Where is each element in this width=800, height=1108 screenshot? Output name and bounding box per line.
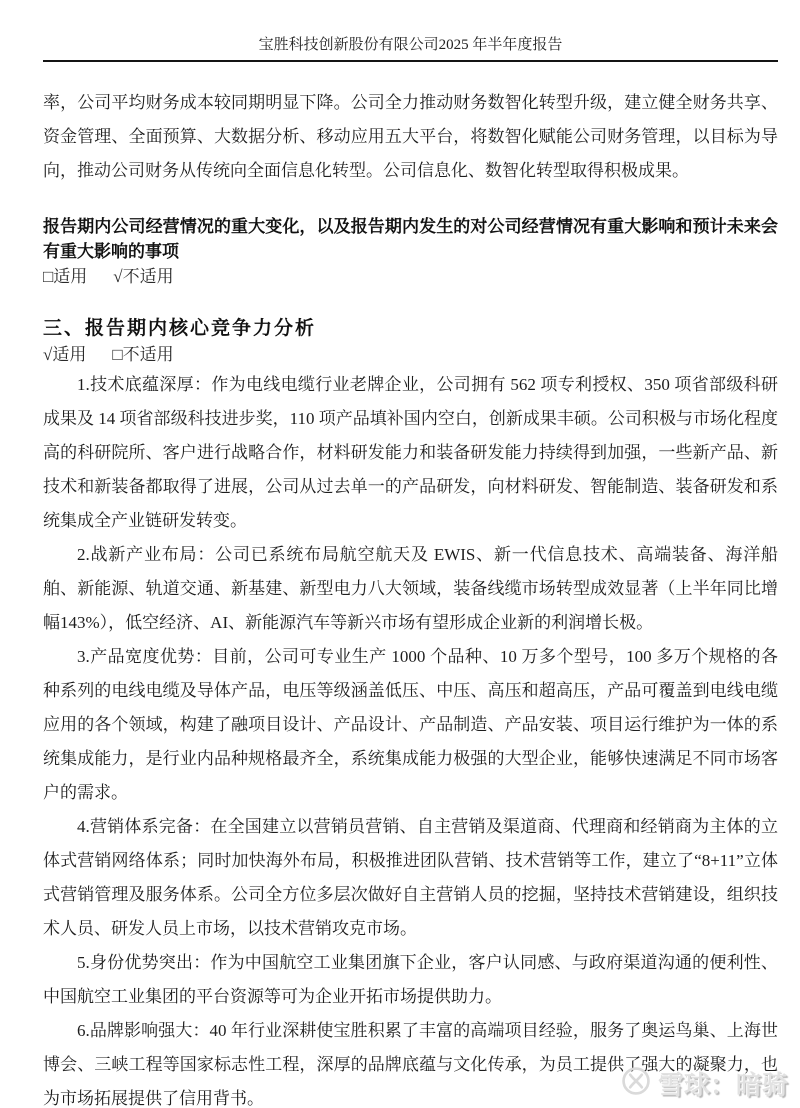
not-applicable-option: □不适用 [112,345,173,364]
competitiveness-item-5: 5.身份优势突出：作为中国航空工业集团旗下企业，客户认同感、与政府渠道沟通的便利… [43,946,778,1014]
applicable-option: √适用 [43,345,86,364]
major-changes-heading: 报告期内公司经营情况的重大变化，以及报告期内发生的对公司经营情况有重大影响和预计… [43,214,778,264]
competitiveness-item-3: 3.产品宽度优势：目前，公司可专业生产 1000 个品种、10 万多个型号，10… [43,640,778,810]
core-competitiveness-heading: 三、报告期内核心竞争力分析 [43,316,778,342]
doc-header-title: 宝胜科技创新股份有限公司2025 年半年度报告 [259,37,563,53]
applicable-option: □适用 [43,267,87,286]
doc-header: 宝胜科技创新股份有限公司2025 年半年度报告 [43,36,778,62]
competitiveness-item-1: 1.技术底蕴深厚：作为电线电缆行业老牌企业，公司拥有 562 项专利授权、350… [43,368,778,538]
report-page: 宝胜科技创新股份有限公司2025 年半年度报告 率，公司平均财务成本较同期明显下… [0,0,800,1108]
competitiveness-item-6: 6.品牌影响强大：40 年行业深耕使宝胜积累了丰富的高端项目经验，服务了奥运鸟巢… [43,1014,778,1108]
not-applicable-option: √不适用 [113,267,173,286]
competitiveness-item-4: 4.营销体系完备：在全国建立以营销员营销、自主营销及渠道商、代理商和经销商为主体… [43,810,778,946]
major-changes-applicability: □适用√不适用 [43,264,778,290]
competitiveness-item-2: 2.战新产业布局：公司已系统布局航空航天及 EWIS、新一代信息技术、高端装备、… [43,538,778,640]
core-competitiveness-items: 1.技术底蕴深厚：作为电线电缆行业老牌企业，公司拥有 562 项专利授权、350… [43,368,778,1108]
core-competitiveness-applicability: √适用□不适用 [43,342,778,368]
intro-paragraph: 率，公司平均财务成本较同期明显下降。公司全力推动财务数智化转型升级，建立健全财务… [43,86,778,188]
